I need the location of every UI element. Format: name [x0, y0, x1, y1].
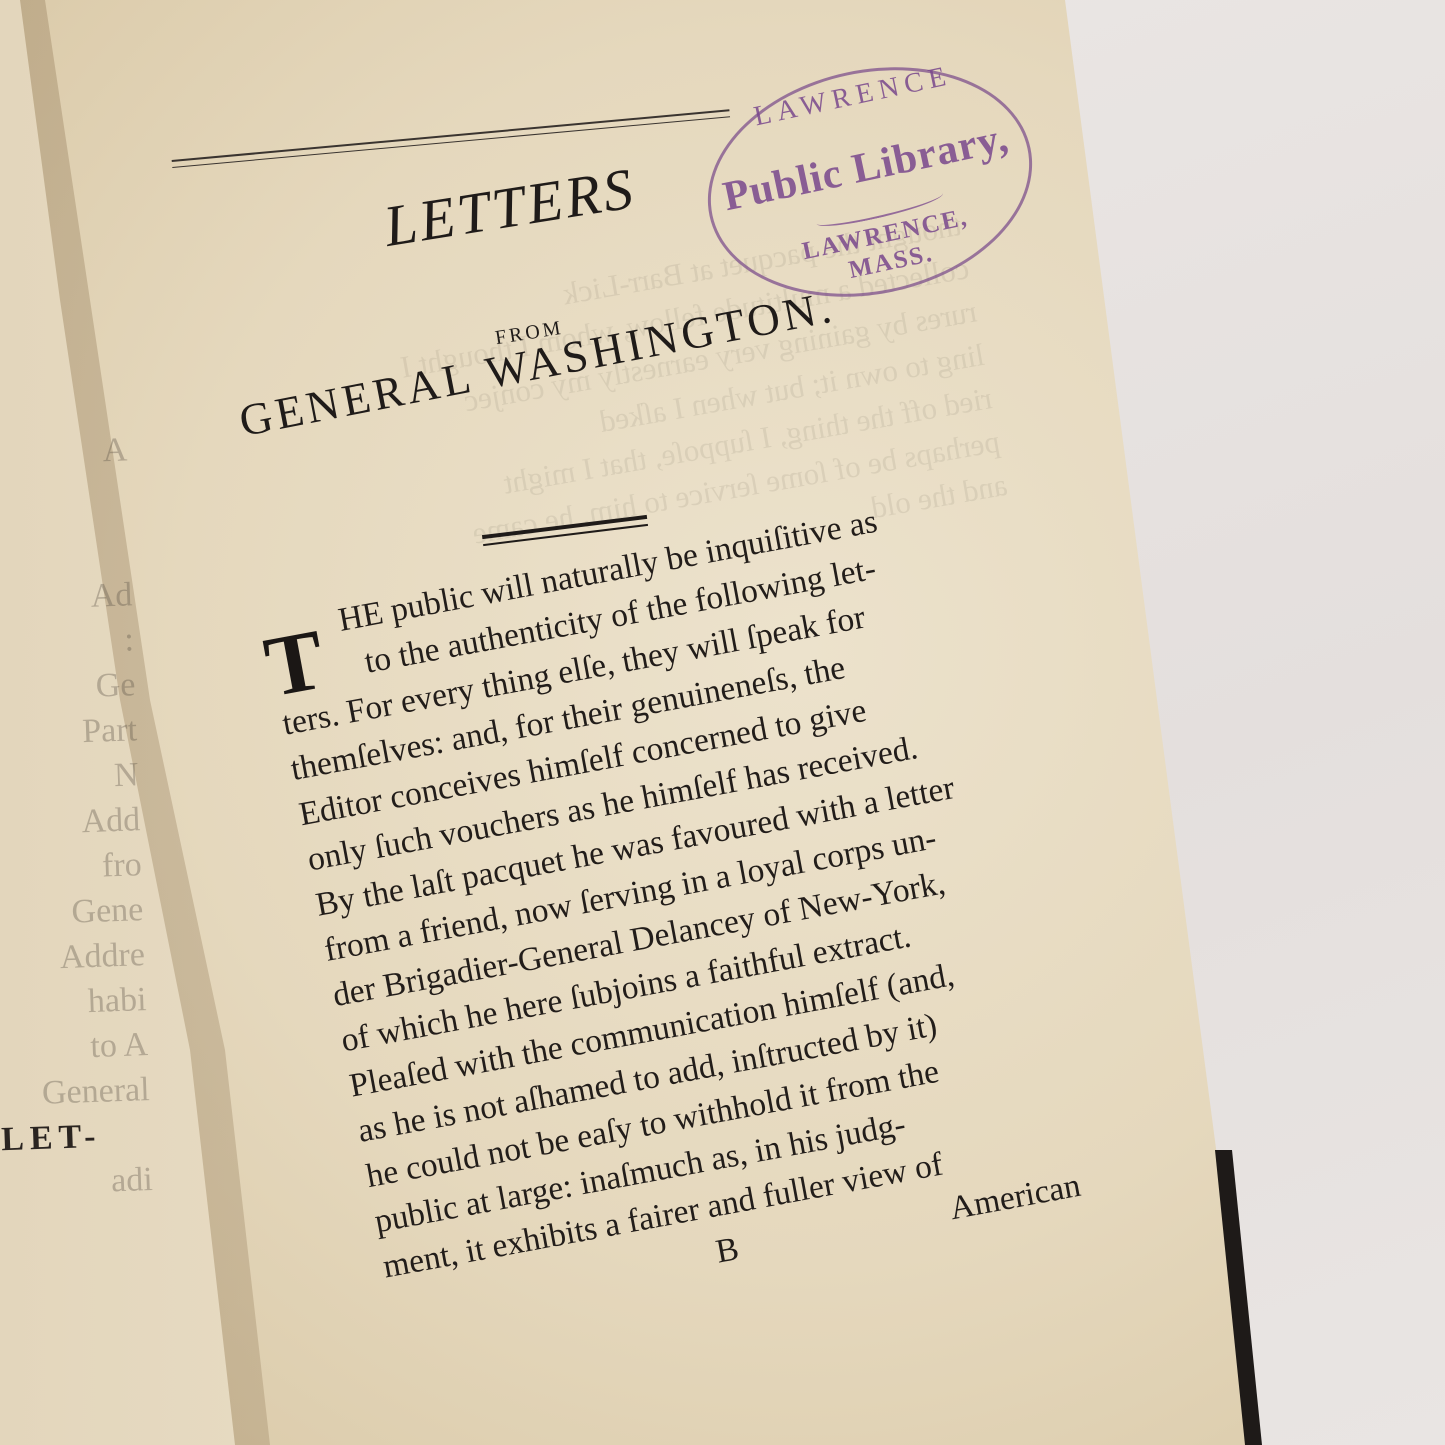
title-letters: LETTERS — [380, 154, 640, 260]
title-general-washington: GENERAL WASHINGTON. — [235, 280, 839, 447]
signature-mark: B — [712, 1226, 742, 1275]
body-text: T HE public will naturally be inquiſitiv… — [262, 484, 1084, 1335]
